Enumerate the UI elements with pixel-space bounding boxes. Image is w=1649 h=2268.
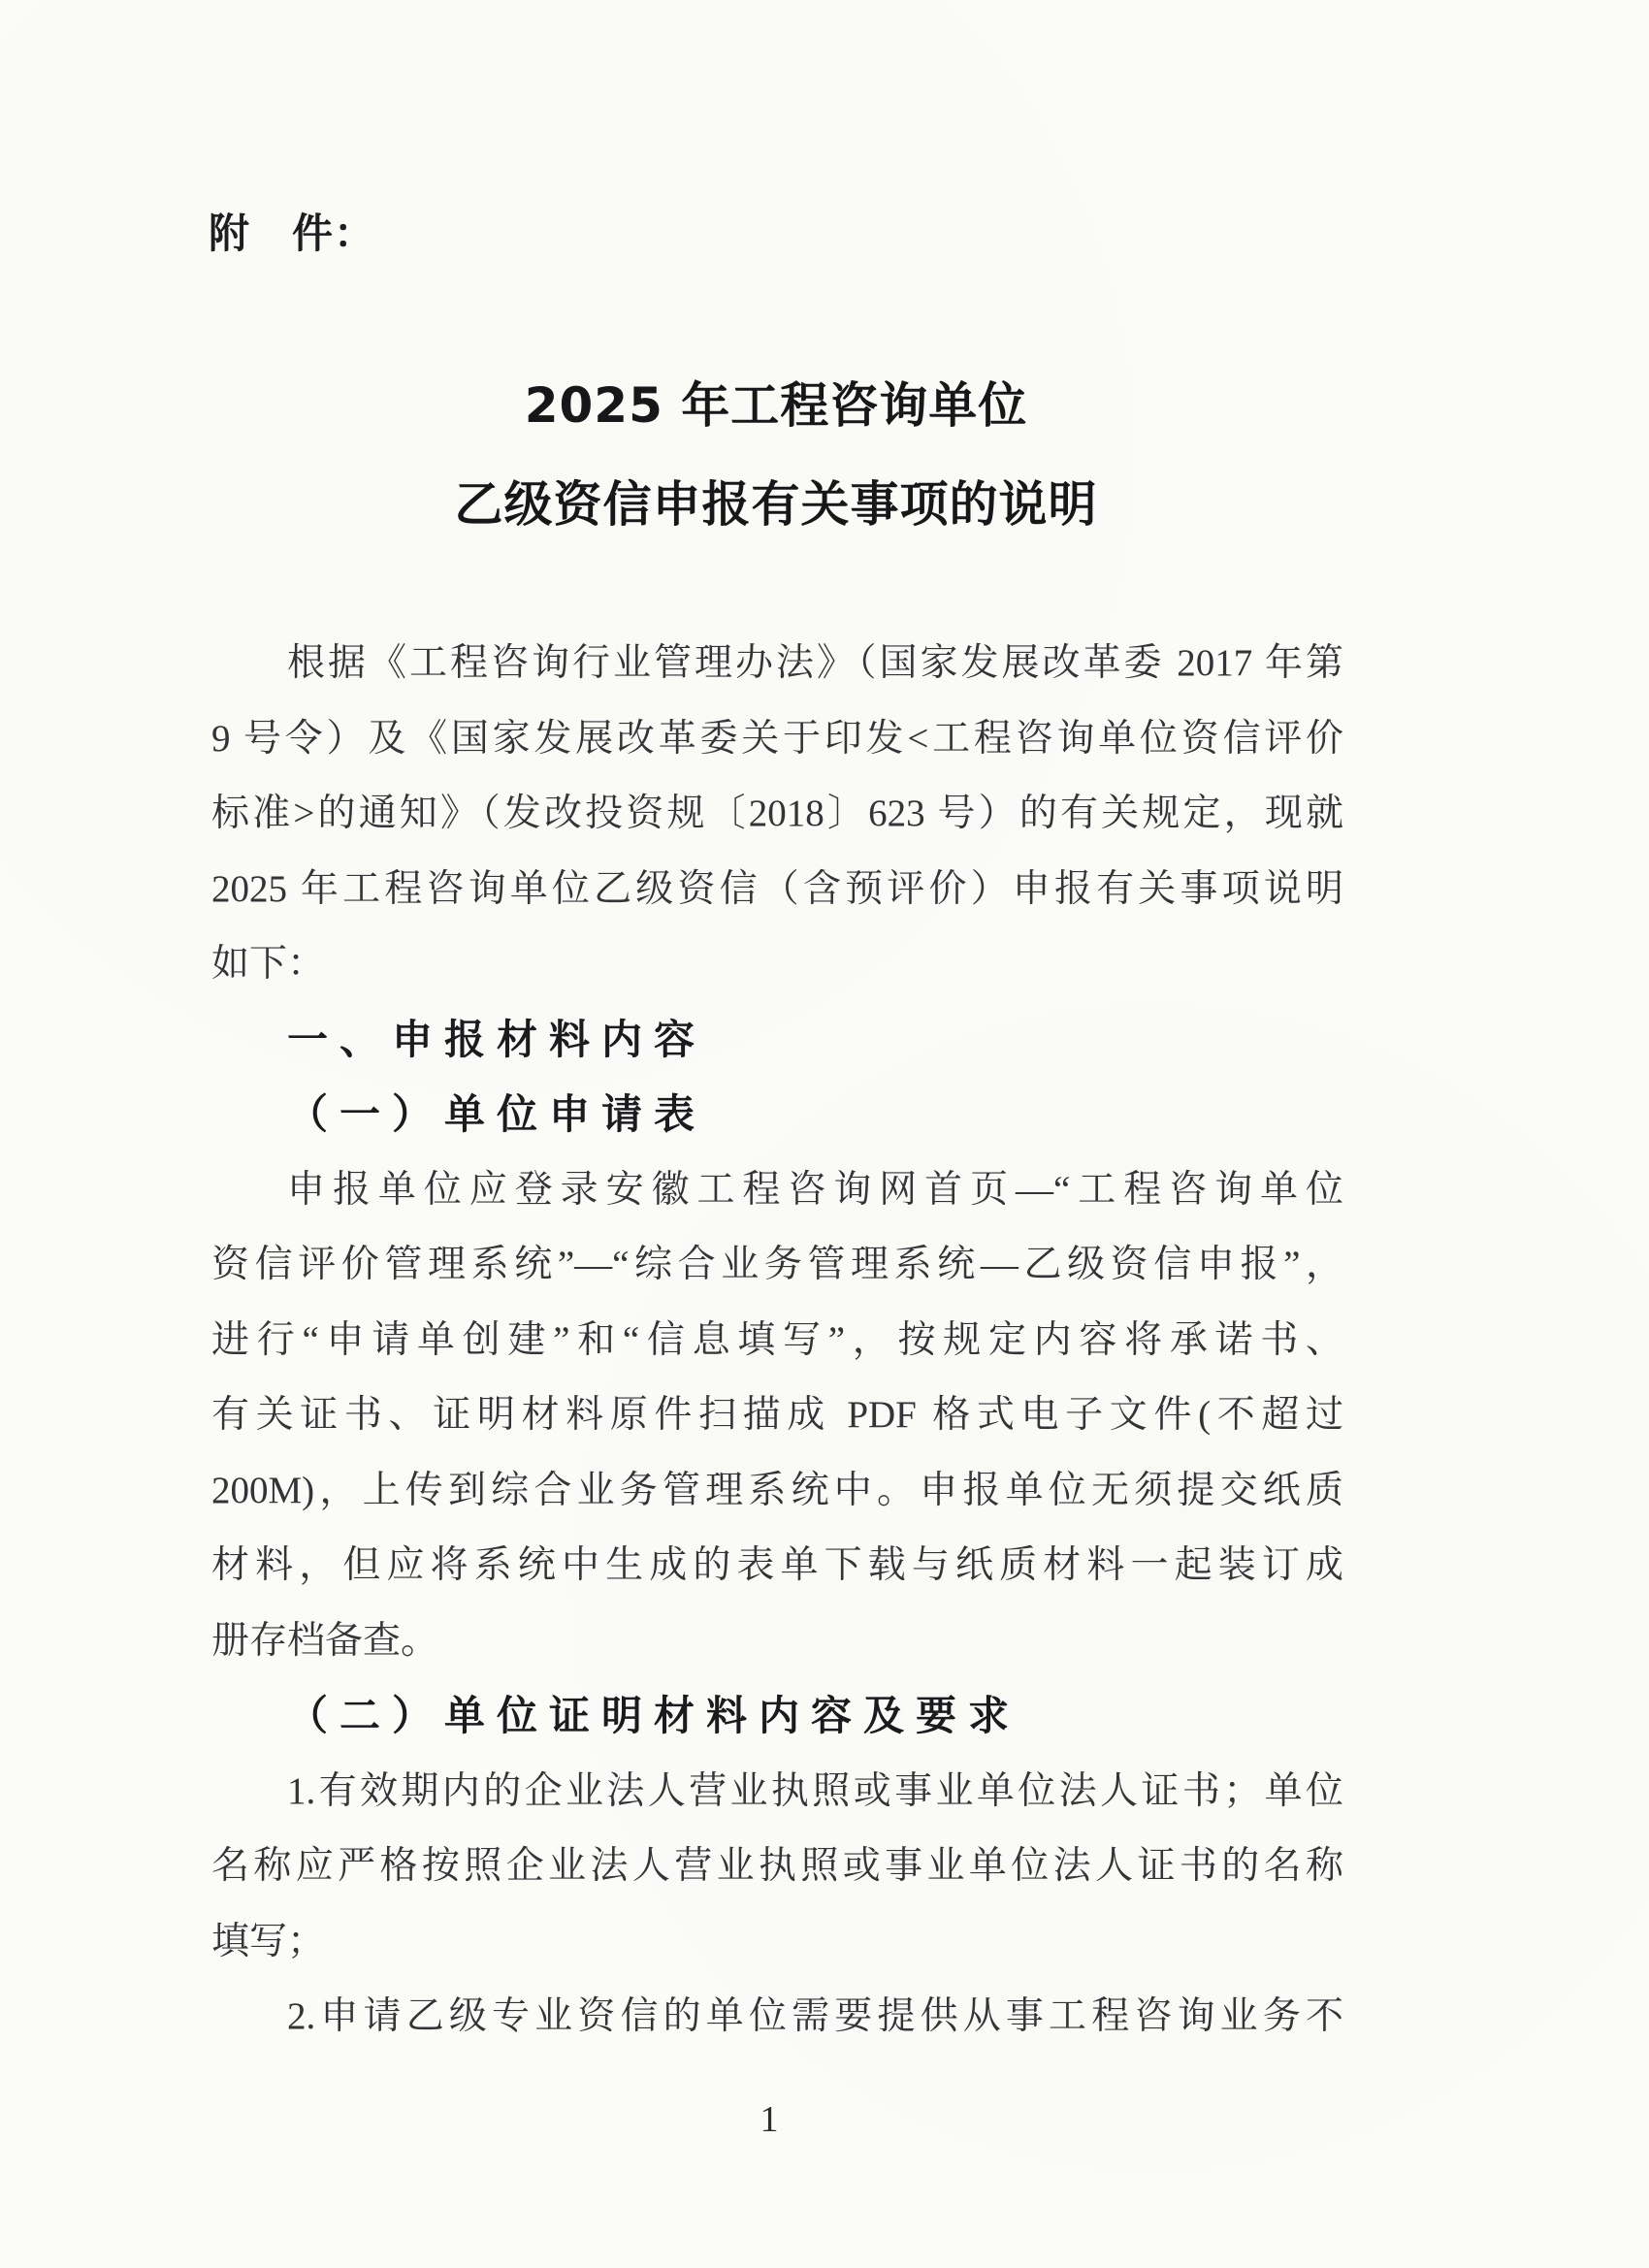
doc-text-line: 册存档备查。 (211, 1604, 1343, 1679)
page-number: 1 (740, 2098, 798, 2141)
doc-heading-line: 一、申报材料内容 (211, 1002, 1343, 1078)
doc-heading-line: （二）单位证明材料内容及要求 (211, 1678, 1343, 1754)
doc-text-line: 申报单位应登录安徽工程咨询网首页—“工程咨询单位 (211, 1152, 1343, 1228)
doc-text-line: 有关证书、证明材料原件扫描成 PDF 格式电子文件(不超过 (211, 1377, 1343, 1453)
document-page: 附 件： 2025 年工程咨询单位 乙级资信申报有关事项的说明 根据《工程咨询行… (0, 0, 1649, 2268)
doc-text-line: 根据《工程咨询行业管理办法》（国家发展改革委 2017 年第 (211, 626, 1343, 701)
doc-text-line: 进行“申请单创建”和“信息填写”，按规定内容将承诺书、 (211, 1303, 1343, 1378)
doc-heading-line: （一）单位申请表 (211, 1077, 1343, 1152)
document-title: 2025 年工程咨询单位 乙级资信申报有关事项的说明 (0, 356, 1552, 554)
attachment-label: 附 件： (209, 213, 375, 254)
doc-text-line: 填写； (211, 1904, 1343, 1980)
doc-text-line: 9 号令）及《国家发展改革委关于印发<工程咨询单位资信评价 (211, 701, 1343, 777)
doc-text-line: 标准>的通知》（发改投资规〔2018〕623 号）的有关规定，现就 (211, 776, 1343, 852)
doc-text-line: 2.申请乙级专业资信的单位需要提供从事工程咨询业务不 (211, 1979, 1343, 2055)
doc-text-line: 资信评价管理系统”—“综合业务管理系统—乙级资信申报”， (211, 1227, 1343, 1303)
doc-text-line: 名称应严格按照企业法人营业执照或事业单位法人证书的名称 (211, 1829, 1343, 1904)
doc-text-line: 200M)，上传到综合业务管理系统中。申报单位无须提交纸质 (211, 1453, 1343, 1529)
document-body: 根据《工程咨询行业管理办法》（国家发展改革委 2017 年第9 号令）及《国家发… (211, 626, 1343, 2055)
title-line-2: 乙级资信申报有关事项的说明 (0, 455, 1552, 554)
doc-text-line: 材料，但应将系统中生成的表单下载与纸质材料一起装订成 (211, 1528, 1343, 1604)
doc-text-line: 如下： (211, 926, 1343, 1002)
doc-text-line: 1.有效期内的企业法人营业执照或事业单位法人证书；单位 (211, 1754, 1343, 1830)
doc-text-line: 2025 年工程咨询单位乙级资信（含预评价）申报有关事项说明 (211, 852, 1343, 927)
title-line-1: 2025 年工程咨询单位 (0, 356, 1552, 455)
